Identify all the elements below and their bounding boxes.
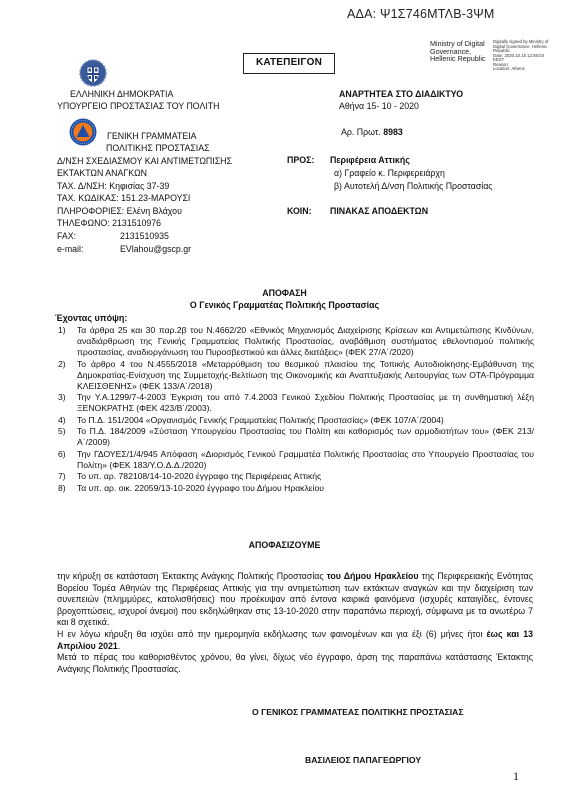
legal-basis-list: 1)Τα άρθρα 25 και 30 παρ.2β του Ν.4662/2…: [55, 325, 534, 494]
item-number: 3): [55, 392, 77, 414]
protocol-value: 8983: [383, 127, 403, 137]
item-text: Την Υ.Α.1299/7-4-2003 Έγκριση του από 7.…: [77, 392, 534, 414]
decide-heading: ΑΠΟΦΑΣΙΖΟΥΜΕ: [0, 540, 569, 551]
contact-postal-code: ΤΑΧ. ΚΩΔΙΚΑΣ: 151.23-ΜΑΡΟΥΣΙ: [57, 193, 190, 204]
department-line-2: ΕΚΤΑΚΤΩΝ ΑΝΑΓΚΩΝ: [57, 168, 147, 179]
item-number: 2): [55, 359, 77, 392]
ministry-name: ΥΠΟΥΡΓΕΙΟ ΠΡΟΣΤΑΣΙΑΣ ΤΟΥ ΠΟΛΙΤΗ: [57, 101, 220, 112]
department-line-1: Δ/ΝΣΗ ΣΧΕΔΙΑΣΜΟΥ ΚΑΙ ΑΝΤΙΜΕΤΩΠΙΣΗΣ: [57, 156, 232, 167]
email-link[interactable]: EVlahou@gscp.gr: [120, 244, 191, 254]
contact-fax: FAX:2131510935: [57, 231, 169, 242]
item-text: Το Π.Δ. 184/2009 «Σύσταση Υπουργείου Προ…: [77, 426, 534, 448]
ada-identifier: ΑΔΑ: Ψ1Σ746ΜΤΛΒ-3ΨΜ: [347, 6, 495, 22]
item-number: 1): [55, 325, 77, 358]
item-text: Τα υπ. αρ. οικ. 22059/13-10-2020 έγγραφο…: [77, 483, 534, 494]
digital-signature-details: Digitally signed by Ministry of Digital …: [493, 40, 567, 72]
recipient-b: β) Αυτοτελή Δ/νση Πολιτικής Προστασίας: [334, 181, 493, 192]
protocol-number: Αρ. Πρωτ. 8983: [341, 127, 403, 138]
list-item: 2)Το άρθρο 4 του Ν.4555/2018 «Μεταρρύθμι…: [55, 359, 534, 392]
considering-heading: Έχοντας υπόψη:: [55, 313, 127, 325]
list-item: 4)Το Π.Δ. 151/2004 «Οργανισμός Γενικής Γ…: [55, 415, 534, 426]
recipient-a: α) Γραφείο κ. Περιφερειάρχη: [334, 168, 445, 179]
signatory-title: Ο ΓΕΝΙΚΟΣ ΓΡΑΜΜΑΤΕΑΣ ΠΟΛΙΤΙΚΗΣ ΠΡΟΣΤΑΣΙΑ…: [252, 707, 464, 718]
decision-paragraph-1: την κήρυξη σε κατάσταση Έκτακτης Ανάγκης…: [57, 571, 533, 629]
digital-signature-name: Ministry of Digital Governance, Hellenic…: [430, 40, 500, 63]
list-item: 8)Τα υπ. αρ. οικ. 22059/13-10-2020 έγγρα…: [55, 483, 534, 494]
signatory-name: ΒΑΣΙΛΕΙΟΣ ΠΑΠΑΓΕΩΡΓΙΟΥ: [305, 755, 421, 766]
text-span: Η εν λόγω κήρυξη θα ισχύει από την ημερο…: [57, 629, 487, 639]
civil-protection-logo-icon: [69, 118, 97, 146]
secretariat-line-1: ΓΕΝΙΚΗ ΓΡΑΜΜΑΤΕΙΑ: [107, 131, 197, 142]
secretariat-line-2: ΠΟΛΙΤΙΚΗΣ ΠΡΟΣΤΑΣΙΑΣ: [106, 143, 210, 154]
decision-subtitle: Ο Γενικός Γραμματέας Πολιτικής Προστασία…: [0, 300, 569, 311]
recipient-main: Περιφέρεια Αττικής: [330, 155, 410, 166]
contact-value: 2131510935: [120, 231, 169, 241]
page-number: 1: [513, 769, 519, 784]
publish-note: ΑΝΑΡΤΗΤΕΑ ΣΤΟ ΔΙΑΔΙΚΤΥΟ: [339, 89, 463, 100]
contact-info-person: ΠΛΗΡΟΦΟΡΙΕΣ: Ελένη Βλάχου: [57, 206, 182, 217]
list-item: 3)Την Υ.Α.1299/7-4-2003 Έγκριση του από …: [55, 392, 534, 414]
list-item: 6)Την ΓΔΟΥΕΣ/1/4/945 Απόφαση «Διορισμός …: [55, 449, 534, 471]
municipality-name: του Δήμου Ηρακλείου: [327, 571, 419, 581]
decision-paragraph-2: Η εν λόγω κήρυξη θα ισχύει από την ημερο…: [57, 629, 533, 652]
item-text: Τα άρθρα 25 και 30 παρ.2β του Ν.4662/20 …: [77, 325, 534, 358]
list-item: 1)Τα άρθρα 25 και 30 παρ.2β του Ν.4662/2…: [55, 325, 534, 358]
text-span: .: [118, 641, 120, 651]
item-text: Την ΓΔΟΥΕΣ/1/4/945 Απόφαση «Διορισμός Γε…: [77, 449, 534, 471]
contact-label: ΤΗΛΕΦΩΝΟ: 2131510976: [57, 218, 161, 228]
list-item: 7)Το υπ. αρ. 782108/14-10-2020 έγγραφο τ…: [55, 471, 534, 482]
item-number: 7): [55, 471, 77, 482]
item-number: 5): [55, 426, 77, 448]
contact-label: ΤΑΧ. ΚΩΔΙΚΑΣ: 151.23-ΜΑΡΟΥΣΙ: [57, 193, 190, 203]
urgent-stamp: ΚΑΤΕΠΕΙΓΟΝ: [243, 53, 335, 74]
item-number: 4): [55, 415, 77, 426]
list-item: 5)Το Π.Δ. 184/2009 «Σύσταση Υπουργείου Π…: [55, 426, 534, 448]
greek-coat-of-arms-icon: [79, 59, 107, 87]
contact-label: ΠΛΗΡΟΦΟΡΙΕΣ: Ελένη Βλάχου: [57, 206, 182, 216]
cc-label: ΚΟΙΝ:: [287, 206, 312, 217]
item-text: Το άρθρο 4 του Ν.4555/2018 «Μεταρρύθμιση…: [77, 359, 534, 392]
place-date: Αθήνα 15- 10 - 2020: [339, 101, 419, 112]
contact-label: e-mail:: [57, 244, 120, 255]
decision-paragraph-3: Μετά το πέρας του καθορισθέντος χρόνου, …: [57, 652, 533, 675]
decision-text: την κήρυξη σε κατάσταση Έκτακτης Ανάγκης…: [57, 571, 533, 675]
item-number: 6): [55, 449, 77, 471]
protocol-label: Αρ. Πρωτ.: [341, 127, 381, 137]
contact-address: ΤΑΧ. Δ/ΝΣΗ: Κηφισίας 37-39: [57, 181, 169, 192]
contact-label: ΤΑΧ. Δ/ΝΣΗ: Κηφισίας 37-39: [57, 181, 169, 191]
item-text: Το υπ. αρ. 782108/14-10-2020 έγγραφο της…: [77, 471, 534, 482]
contact-label: FAX:: [57, 231, 120, 242]
item-number: 8): [55, 483, 77, 494]
text-span: την κήρυξη σε κατάσταση Έκτακτης Ανάγκης…: [57, 571, 327, 581]
to-label: ΠΡΟΣ:: [287, 155, 314, 166]
contact-phone: ΤΗΛΕΦΩΝΟ: 2131510976: [57, 218, 161, 229]
signature-detail-line: Location: Athens: [493, 67, 567, 72]
cc-value: ΠΙΝΑΚΑΣ ΑΠΟΔΕΚΤΩΝ: [330, 206, 428, 217]
contact-email: e-mail:EVlahou@gscp.gr: [57, 244, 191, 255]
decision-title: ΑΠΟΦΑΣΗ: [0, 288, 569, 299]
signature-name-line: Hellenic Republic: [430, 55, 500, 63]
item-text: Το Π.Δ. 151/2004 «Οργανισμός Γενικής Γρα…: [77, 415, 534, 426]
republic-name: ΕΛΛΗΝΙΚΗ ΔΗΜΟΚΡΑΤΙΑ: [70, 89, 173, 100]
